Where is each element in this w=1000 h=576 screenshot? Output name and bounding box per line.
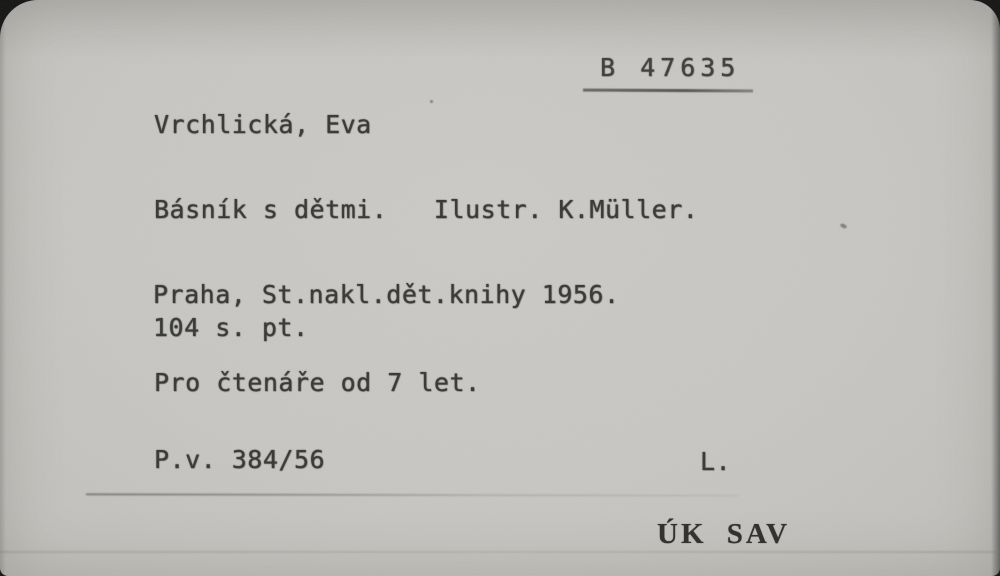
- audience-note: Pro čtenáře od 7 let.: [154, 369, 481, 397]
- scanned-catalog-card-scene: B 47635 Vrchlická, Eva Básník s dětmi. I…: [0, 0, 1000, 576]
- library-stamp: ÚK SAV: [657, 518, 790, 551]
- card-crease-line: [0, 551, 1000, 553]
- imprint-line: Praha, St.nakl.dět.knihy 1956.: [153, 281, 620, 309]
- author-heading: Vrchlická, Eva: [154, 111, 372, 139]
- collation-line: 104 s. pt.: [153, 314, 309, 342]
- paper-speck: [839, 223, 847, 230]
- title-statement: Básník s dětmi. Ilustr. K.Müller.: [154, 196, 698, 224]
- pencil-rule-line: [86, 493, 738, 496]
- call-number-underline: [583, 89, 753, 93]
- call-number: B 47635: [600, 54, 740, 82]
- accession-number: P.v. 384/56: [154, 446, 325, 474]
- letter-mark: L.: [700, 448, 731, 476]
- catalog-card: B 47635 Vrchlická, Eva Básník s dětmi. I…: [0, 0, 1000, 576]
- paper-speck: [430, 100, 433, 103]
